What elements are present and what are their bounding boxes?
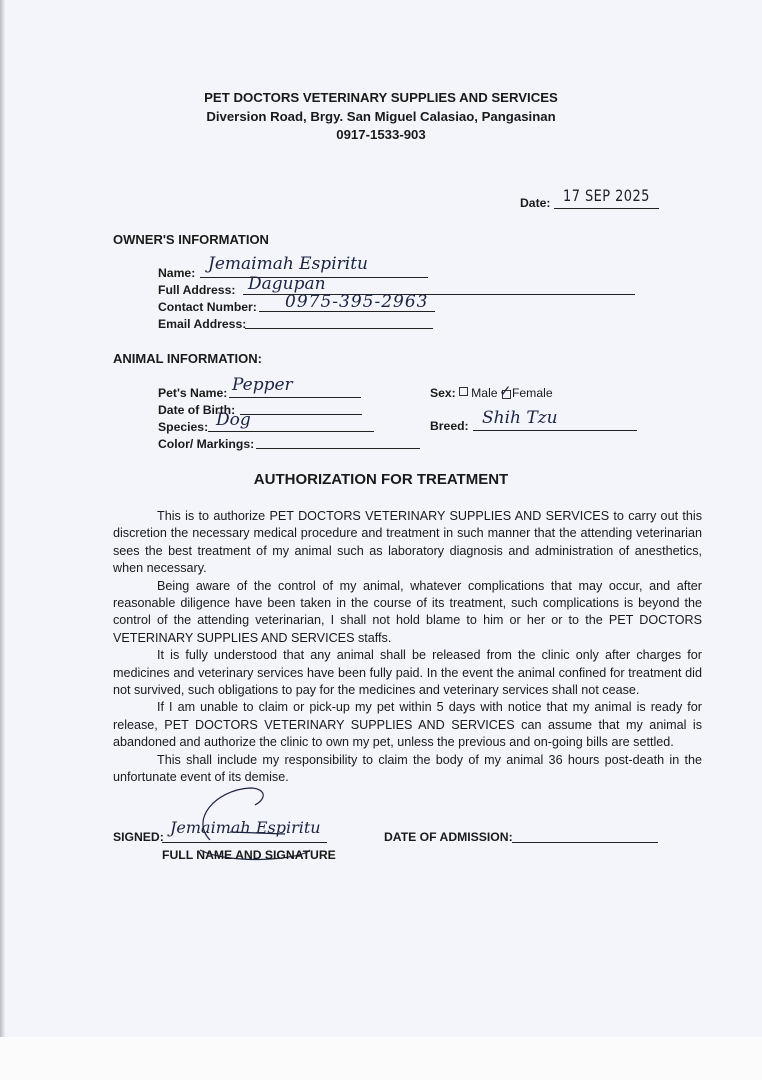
- species-line: [208, 431, 374, 432]
- date-stamp: 17 SEP 2025: [563, 186, 650, 205]
- authorization-title: AUTHORIZATION FOR TREATMENT: [0, 471, 762, 488]
- pet-name-line: [229, 397, 361, 398]
- authorization-paragraph: If I am unable to claim or pick-up my pe…: [113, 699, 702, 751]
- sex-label: Sex:: [430, 386, 456, 400]
- owner-name-label: Name:: [158, 266, 195, 280]
- authorization-paragraph: This is to authorize PET DOCTORS VETERIN…: [113, 508, 702, 578]
- scan-bottom-strip: [0, 1037, 762, 1080]
- breed-label: Breed:: [430, 419, 469, 433]
- color-label: Color/ Markings:: [158, 437, 254, 451]
- owner-address-label: Full Address:: [158, 283, 235, 297]
- authorization-body: This is to authorize PET DOCTORS VETERIN…: [113, 508, 702, 787]
- owner-email-label: Email Address:: [158, 317, 246, 331]
- signature-caption: FULL NAME AND SIGNATURE: [162, 848, 336, 862]
- checkmark-icon: ✓: [499, 382, 512, 400]
- authorization-paragraph: Being aware of the control of my animal,…: [113, 578, 702, 648]
- owner-email-line: [245, 328, 433, 329]
- animal-section-title: ANIMAL INFORMATION:: [113, 351, 262, 366]
- sex-male-checkbox[interactable]: [459, 387, 468, 396]
- owner-contact-label: Contact Number:: [158, 300, 257, 314]
- dob-line: [240, 414, 362, 415]
- breed-line: [473, 430, 637, 431]
- admission-date-label: DATE OF ADMISSION:: [384, 830, 513, 844]
- pet-name-value: Pepper: [232, 375, 293, 395]
- owner-contact-value: 0975-395-2963: [285, 292, 428, 312]
- species-value: Dog: [216, 410, 251, 430]
- species-label: Species:: [158, 420, 208, 434]
- owner-name-value: Jemaimah Espiritu: [208, 254, 368, 274]
- color-line: [256, 448, 420, 449]
- business-name: PET DOCTORS VETERINARY SUPPLIES AND SERV…: [0, 90, 762, 105]
- owner-address-value: Dagupan: [248, 274, 326, 294]
- authorization-paragraph: It is fully understood that any animal s…: [113, 647, 702, 699]
- sex-male-label: Male: [471, 386, 497, 400]
- date-line: [554, 208, 659, 209]
- signature-value: Jemaimah Espiritu: [170, 818, 321, 837]
- admission-date-line: [512, 842, 658, 843]
- date-label: Date:: [520, 196, 550, 210]
- business-address: Diversion Road, Brgy. San Miguel Calasia…: [0, 109, 762, 124]
- signed-label: SIGNED:: [113, 830, 164, 844]
- scan-edge: [0, 0, 5, 1080]
- sex-field: Sex: Male ✓Female: [430, 386, 553, 400]
- breed-value: Shih Tzu: [482, 408, 558, 428]
- sex-female-label: Female: [512, 386, 553, 400]
- owner-section-title: OWNER'S INFORMATION: [113, 232, 269, 247]
- sex-female-checkbox[interactable]: ✓: [501, 388, 511, 398]
- pet-name-label: Pet's Name:: [158, 386, 227, 400]
- business-phone: 0917-1533-903: [0, 127, 762, 142]
